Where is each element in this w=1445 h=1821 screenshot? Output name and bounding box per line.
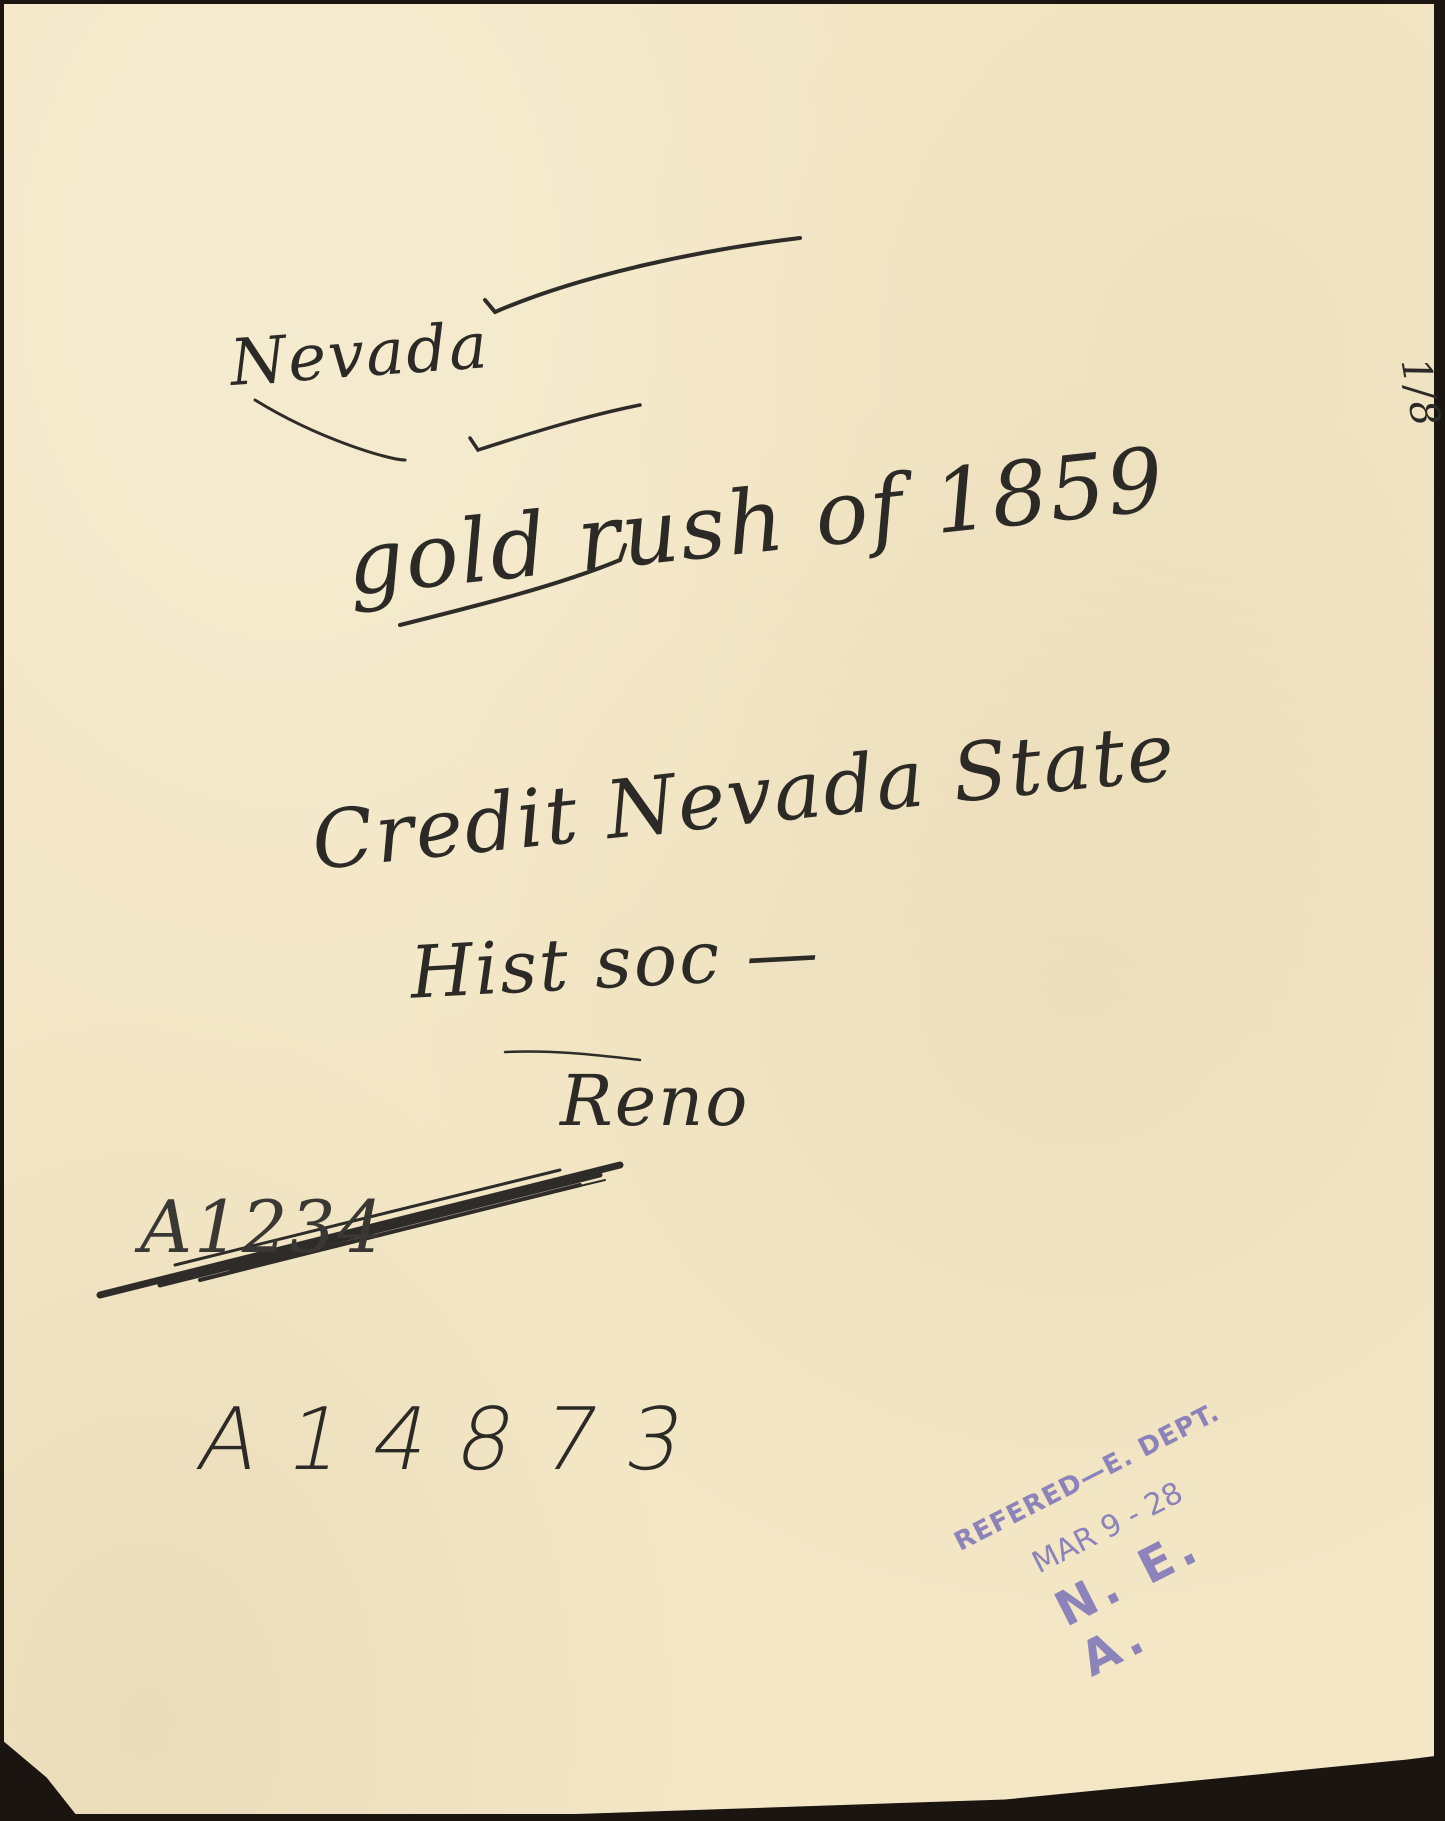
crossed-out-number: A1234: [140, 1185, 385, 1269]
handwritten-nevada: Nevada: [228, 309, 492, 401]
handwritten-hist-soc: Hist soc —: [408, 909, 822, 1014]
catalog-number: A14873: [189, 1390, 723, 1490]
handwritten-gold-rush: gold rush of 1859: [342, 427, 1170, 615]
edge-mark: 1/8: [1391, 354, 1445, 431]
handwritten-credit: Credit Nevada State: [308, 705, 1181, 888]
handwritten-reno: Reno: [560, 1060, 749, 1142]
